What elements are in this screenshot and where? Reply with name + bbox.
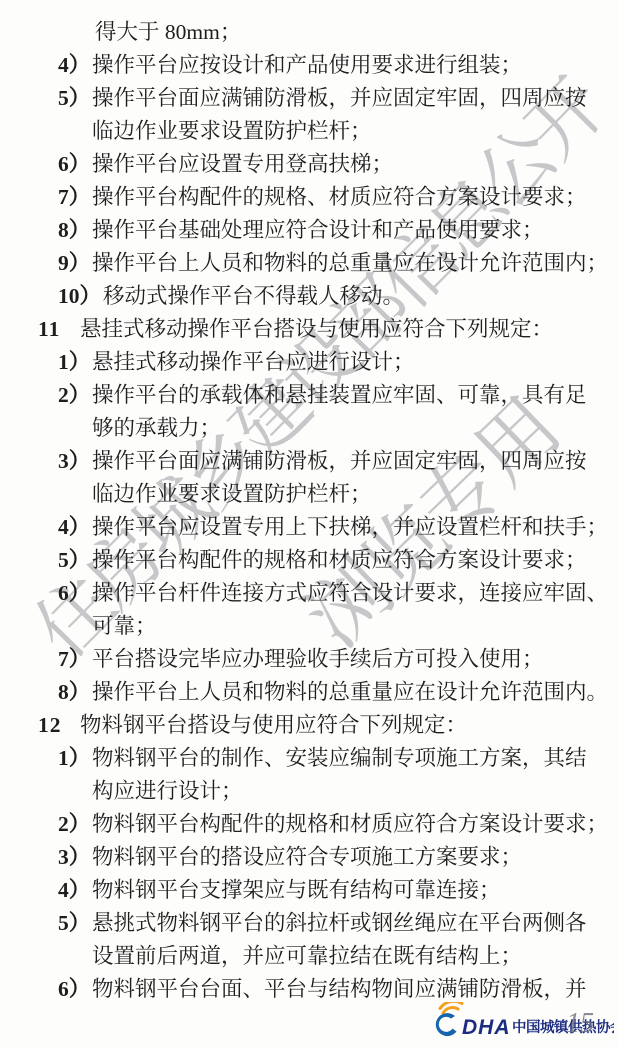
document-line: 9）操作平台上人员和物料的总重量应在设计允许范围内； [0, 247, 618, 280]
item-number: 10） [58, 280, 101, 313]
item-text: 物料钢平台的制作、安装应编制专项施工方案，其结 [92, 746, 587, 770]
item-text: 操作平台面应满铺防滑板，并应固定牢固，四周应按 [92, 449, 587, 473]
item-number: 7） [58, 181, 90, 214]
item-text: 可靠； [92, 614, 157, 638]
item-number: 2） [58, 379, 90, 412]
item-number: 4） [58, 511, 90, 544]
logo-acronym: DHA [462, 1016, 511, 1039]
item-text: 得大于 80mm； [95, 20, 241, 44]
document-line: 5）操作平台构配件的规格和材质应符合方案设计要求； [0, 544, 618, 577]
document-line: 7）操作平台构配件的规格、材质应符合方案设计要求； [0, 181, 618, 214]
item-number: 1） [58, 346, 90, 379]
document-body: 得大于 80mm；4）操作平台应按设计和产品使用要求进行组装；5）操作平台面应满… [0, 16, 618, 1006]
item-number: 3） [58, 841, 90, 874]
item-number: 3） [58, 445, 90, 478]
item-text: 操作平台面应满铺防滑板，并应固定牢固，四周应按 [92, 86, 587, 110]
item-text: 操作平台应设置专用上下扶梯，并应设置栏杆和扶手； [92, 515, 608, 539]
item-text: 操作平台杆件连接方式应符合设计要求，连接应牢固、 [92, 581, 608, 605]
document-line: 8）操作平台基础处理应符合设计和产品使用要求； [0, 214, 618, 247]
logo-c-swoosh-icon [436, 1013, 457, 1036]
document-line: 6）操作平台应设置专用登高扶梯； [0, 148, 618, 181]
document-line: 可靠； [0, 610, 618, 643]
document-line: 10）移动式操作平台不得载人移动。 [0, 280, 618, 313]
document-line: 5）操作平台面应满铺防滑板，并应固定牢固，四周应按 [0, 82, 618, 115]
document-line: 4）物料钢平台支撑架应与既有结构可靠连接； [0, 874, 618, 907]
item-text: 悬挂式移动操作平台应进行设计； [92, 350, 415, 374]
document-line: 设置前后两道，并应可靠拉结在既有结构上； [0, 940, 618, 973]
item-text: 悬挑式物料钢平台的斜拉杆或钢丝绳应在平台两侧各 [92, 911, 587, 935]
item-text: 操作平台应按设计和产品使用要求进行组装； [92, 53, 522, 77]
item-text: 移动式操作平台不得载人移动。 [103, 284, 404, 308]
item-text: 悬挂式移动操作平台搭设与使用应符合下列规定： [80, 317, 553, 341]
document-line: 1）物料钢平台的制作、安装应编制专项施工方案，其结 [0, 742, 618, 775]
document-line: 临边作业要求设置防护栏杆； [0, 115, 618, 148]
document-line: 12物料钢平台搭设与使用应符合下列规定： [0, 709, 618, 742]
item-number: 1） [58, 742, 90, 775]
item-number: 4） [58, 49, 90, 82]
item-number: 11 [38, 313, 60, 346]
logo-org-name: 中国城镇供热协会 [512, 1018, 614, 1036]
item-text: 操作平台基础处理应符合设计和产品使用要求； [92, 218, 544, 242]
item-number: 12 [38, 709, 62, 742]
document-line: 2）物料钢平台构配件的规格和材质应符合方案设计要求； [0, 808, 618, 841]
item-text: 操作平台构配件的规格和材质应符合方案设计要求； [92, 548, 587, 572]
item-text: 操作平台应设置专用登高扶梯； [92, 152, 393, 176]
document-line: 临边作业要求设置防护栏杆； [0, 478, 618, 511]
item-text: 操作平台上人员和物料的总重量应在设计允许范围内； [92, 251, 608, 275]
item-number: 4） [58, 874, 90, 907]
document-line: 6）操作平台杆件连接方式应符合设计要求，连接应牢固、 [0, 577, 618, 610]
item-number: 6） [58, 577, 90, 610]
item-text: 平台搭设完毕应办理验收手续后方可投入使用； [92, 647, 544, 671]
item-text: 设置前后两道，并应可靠拉结在既有结构上； [92, 944, 522, 968]
cdha-logo-graphic: DHA 中国城镇供热协会 [428, 1002, 614, 1044]
item-number: 5） [58, 544, 90, 577]
item-number: 6） [58, 973, 90, 1006]
item-number: 6） [58, 148, 90, 181]
item-text: 临边作业要求设置防护栏杆； [92, 482, 372, 506]
item-number: 9） [58, 247, 90, 280]
item-number: 2） [58, 808, 90, 841]
item-text: 构应进行设计； [92, 779, 243, 803]
document-page: 住房城乡建设部信息公开 浏览专用 得大于 80mm；4）操作平台应按设计和产品使… [0, 0, 618, 1047]
document-line: 3）操作平台面应满铺防滑板，并应固定牢固，四周应按 [0, 445, 618, 478]
document-line: 8）操作平台上人员和物料的总重量应在设计允许范围内。 [0, 676, 618, 709]
item-number: 5） [58, 82, 90, 115]
document-line: 2）操作平台的承载体和悬挂装置应牢固、可靠，具有足 [0, 379, 618, 412]
document-line: 11悬挂式移动操作平台搭设与使用应符合下列规定： [0, 313, 618, 346]
item-number: 7） [58, 643, 90, 676]
document-line: 5）悬挑式物料钢平台的斜拉杆或钢丝绳应在平台两侧各 [0, 907, 618, 940]
item-text: 物料钢平台支撑架应与既有结构可靠连接； [92, 878, 501, 902]
item-text: 操作平台构配件的规格、材质应符合方案设计要求； [92, 185, 587, 209]
item-text: 物料钢平台搭设与使用应符合下列规定： [80, 713, 467, 737]
item-number: 5） [58, 907, 90, 940]
document-line: 构应进行设计； [0, 775, 618, 808]
item-text: 够的承载力； [92, 416, 221, 440]
document-line: 够的承载力； [0, 412, 618, 445]
document-line: 4）操作平台应设置专用上下扶梯，并应设置栏杆和扶手； [0, 511, 618, 544]
item-text: 物料钢平台台面、平台与结构物间应满铺防滑板，并 [92, 977, 587, 1001]
item-number: 8） [58, 676, 90, 709]
document-line: 7）平台搭设完毕应办理验收手续后方可投入使用； [0, 643, 618, 676]
item-text: 物料钢平台构配件的规格和材质应符合方案设计要求； [92, 812, 608, 836]
document-line: 得大于 80mm； [0, 16, 618, 49]
item-text: 操作平台的承载体和悬挂装置应牢固、可靠，具有足 [92, 383, 587, 407]
logo-radiating-arcs-icon [440, 1002, 462, 1013]
item-text: 操作平台上人员和物料的总重量应在设计允许范围内。 [92, 680, 608, 704]
document-line: 3）物料钢平台的搭设应符合专项施工方案要求； [0, 841, 618, 874]
item-text: 物料钢平台的搭设应符合专项施工方案要求； [92, 845, 522, 869]
document-line: 4）操作平台应按设计和产品使用要求进行组装； [0, 49, 618, 82]
item-text: 临边作业要求设置防护栏杆； [92, 119, 372, 143]
item-number: 8） [58, 214, 90, 247]
document-line: 1）悬挂式移动操作平台应进行设计； [0, 346, 618, 379]
cdha-logo: DHA 中国城镇供热协会 [428, 1002, 614, 1044]
